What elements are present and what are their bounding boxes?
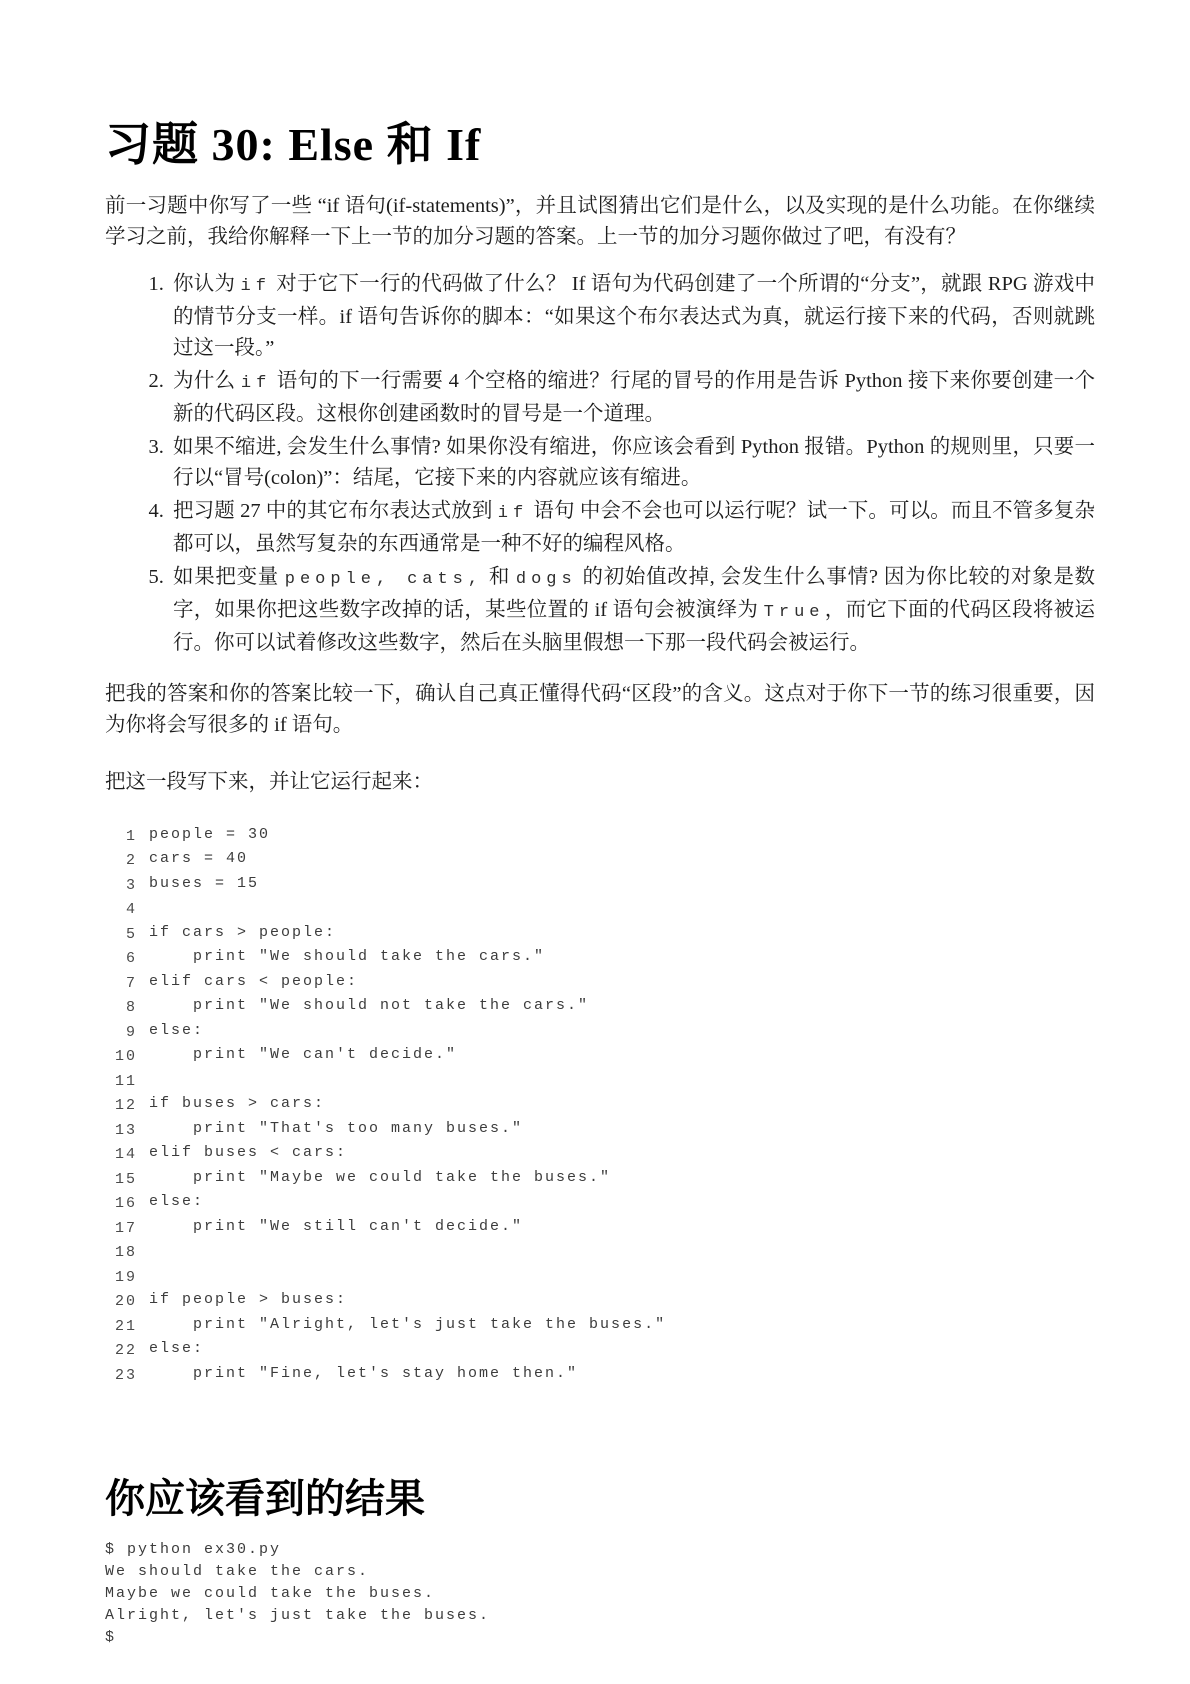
code-line: 8 print "We should not take the cars.": [105, 997, 1095, 1022]
code-text: print "That's too many buses.": [149, 1120, 523, 1137]
inline-code: if: [241, 374, 271, 393]
line-number: 7: [105, 975, 137, 992]
code-line: 6 print "We should take the cars.": [105, 948, 1095, 973]
line-number: 14: [105, 1146, 137, 1163]
write-prompt-paragraph: 把这一段写下来，并让它运行起来：: [105, 767, 1095, 798]
code-listing: 1people = 302cars = 403buses = 1545if ca…: [105, 820, 1095, 1394]
code-text: elif buses < cars:: [149, 1144, 347, 1161]
list-item: 为什么 if 语句的下一行需要 4 个空格的缩进？行尾的冒号的作用是告诉 Pyt…: [169, 366, 1095, 430]
code-text: else:: [149, 1193, 204, 1210]
document-page: 习题 30: Else 和 If 前一习题中你写了一些 “if 语句(if-st…: [0, 0, 1190, 1684]
line-number: 16: [105, 1195, 137, 1212]
intro-paragraph: 前一习题中你写了一些 “if 语句(if-statements)”，并且试图猜出…: [105, 191, 1095, 253]
code-line: 7elif cars < people:: [105, 973, 1095, 998]
line-number: 21: [105, 1318, 137, 1335]
code-line: 4: [105, 899, 1095, 924]
code-text: if cars > people:: [149, 924, 336, 941]
code-line: 10 print "We can't decide.": [105, 1046, 1095, 1071]
extra-credit-answers-list: 你认为 if 对于它下一行的代码做了什么？ If 语句为代码创建了一个所谓的“分…: [105, 269, 1095, 659]
inline-code: if: [241, 277, 271, 296]
line-number: 13: [105, 1122, 137, 1139]
line-number: 8: [105, 999, 137, 1016]
line-number: 9: [105, 1024, 137, 1041]
code-line: 17 print "We still can't decide.": [105, 1218, 1095, 1243]
code-text: print "We should not take the cars.": [149, 997, 589, 1014]
line-number: 19: [105, 1269, 137, 1286]
line-number: 6: [105, 950, 137, 967]
code-line: 19: [105, 1267, 1095, 1292]
code-text: print "We should take the cars.": [149, 948, 545, 965]
line-number: 3: [105, 877, 137, 894]
inline-code: dogs: [516, 570, 577, 589]
line-number: 5: [105, 926, 137, 943]
code-line: 2cars = 40: [105, 850, 1095, 875]
code-line: 18: [105, 1242, 1095, 1267]
code-text: else:: [149, 1340, 204, 1357]
code-text: print "Maybe we could take the buses.": [149, 1169, 611, 1186]
code-line: 13 print "That's too many buses.": [105, 1120, 1095, 1145]
code-text: if buses > cars:: [149, 1095, 325, 1112]
line-number: 12: [105, 1097, 137, 1114]
code-text: elif cars < people:: [149, 973, 358, 990]
line-number: 4: [105, 901, 137, 918]
line-number: 22: [105, 1342, 137, 1359]
line-number: 15: [105, 1171, 137, 1188]
line-number: 11: [105, 1073, 137, 1090]
code-text: cars = 40: [149, 850, 248, 867]
code-line: 15 print "Maybe we could take the buses.…: [105, 1169, 1095, 1194]
inline-code: if: [498, 504, 528, 523]
code-line: 12if buses > cars:: [105, 1095, 1095, 1120]
code-text: print "We still can't decide.": [149, 1218, 523, 1235]
code-line: 1people = 30: [105, 826, 1095, 851]
line-number: 18: [105, 1244, 137, 1261]
code-text: print "We can't decide.": [149, 1046, 457, 1063]
code-line: 9else:: [105, 1022, 1095, 1047]
line-number: 1: [105, 828, 137, 845]
code-line: 16else:: [105, 1193, 1095, 1218]
code-line: 11: [105, 1071, 1095, 1096]
inline-code: people, cats,: [285, 570, 483, 589]
line-number: 23: [105, 1367, 137, 1384]
list-item: 把习题 27 中的其它布尔表达式放到 if 语句 中会不会也可以运行呢？试一下。…: [169, 496, 1095, 560]
compare-note-paragraph: 把我的答案和你的答案比较一下，确认自己真正懂得代码“区段”的含义。这点对于你下一…: [105, 679, 1095, 741]
list-item: 如果不缩进, 会发生什么事情? 如果你没有缩进，你应该会看到 Python 报错…: [169, 432, 1095, 494]
code-text: people = 30: [149, 826, 270, 843]
line-number: 2: [105, 852, 137, 869]
results-heading: 你应该看到的结果: [105, 1477, 1095, 1521]
list-item: 如果把变量 people, cats, 和 dogs 的初始值改掉, 会发生什么…: [169, 562, 1095, 659]
line-number: 17: [105, 1220, 137, 1237]
code-line: 21 print "Alright, let's just take the b…: [105, 1316, 1095, 1341]
code-line: 20if people > buses:: [105, 1291, 1095, 1316]
inline-code: True: [764, 603, 825, 622]
code-text: buses = 15: [149, 875, 259, 892]
code-line: 14elif buses < cars:: [105, 1144, 1095, 1169]
code-line: 23 print "Fine, let's stay home then.": [105, 1365, 1095, 1390]
line-number: 10: [105, 1048, 137, 1065]
list-item: 你认为 if 对于它下一行的代码做了什么？ If 语句为代码创建了一个所谓的“分…: [169, 269, 1095, 364]
code-text: print "Fine, let's stay home then.": [149, 1365, 578, 1382]
code-line: 3buses = 15: [105, 875, 1095, 900]
line-number: 20: [105, 1293, 137, 1310]
terminal-output: $ python ex30.py We should take the cars…: [105, 1539, 1095, 1649]
code-text: if people > buses:: [149, 1291, 347, 1308]
code-line: 5if cars > people:: [105, 924, 1095, 949]
code-text: else:: [149, 1022, 204, 1039]
code-text: print "Alright, let's just take the buse…: [149, 1316, 666, 1333]
page-title: 习题 30: Else 和 If: [105, 120, 1095, 171]
code-line: 22else:: [105, 1340, 1095, 1365]
